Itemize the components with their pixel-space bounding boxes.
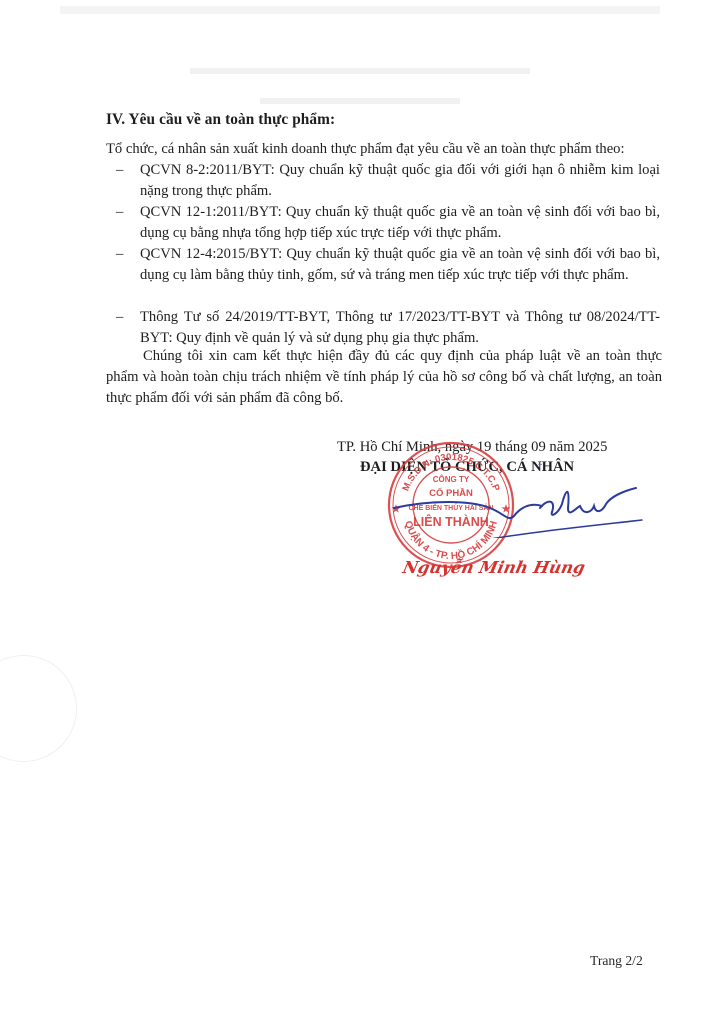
requirement-item: – QCVN 12-4:2015/BYT: Quy chuẩn kỹ thuật… xyxy=(140,244,660,286)
page-number: Trang 2/2 xyxy=(590,953,643,969)
bullet-dash: – xyxy=(116,244,123,265)
bleed-through-stamp xyxy=(0,655,77,762)
requirement-text: QCVN 8-2:2011/BYT: Quy chuẩn kỹ thuật qu… xyxy=(140,162,660,199)
commitment-paragraph: Chúng tôi xin cam kết thực hiện đầy đủ c… xyxy=(106,346,662,410)
initials-mark: ~ xyxy=(538,460,542,469)
section-heading: IV. Yêu cầu về an toàn thực phẩm: xyxy=(106,111,335,129)
signer-name: Nguyễn Minh Hùng xyxy=(401,558,587,577)
bullet-dash: – xyxy=(116,307,123,328)
bullet-dash: – xyxy=(116,202,123,223)
requirement-item: – Thông Tư số 24/2019/TT-BYT, Thông tư 1… xyxy=(140,307,660,349)
bleed-through-mark xyxy=(60,6,660,14)
requirement-item: – QCVN 8-2:2011/BYT: Quy chuẩn kỹ thuật … xyxy=(140,160,660,202)
bleed-through-mark xyxy=(260,98,460,104)
requirement-text: QCVN 12-1:2011/BYT: Quy chuẩn kỹ thuật q… xyxy=(140,204,660,241)
requirement-text: Thông Tư số 24/2019/TT-BYT, Thông tư 17/… xyxy=(140,309,660,346)
signature xyxy=(380,478,670,538)
bullet-dash: – xyxy=(116,160,123,181)
requirement-text: QCVN 12-4:2015/BYT: Quy chuẩn kỹ thuật q… xyxy=(140,246,660,283)
requirement-item: – QCVN 12-1:2011/BYT: Quy chuẩn kỹ thuật… xyxy=(140,202,660,244)
bleed-through-mark xyxy=(190,68,530,74)
intro-paragraph: Tổ chức, cá nhân sản xuất kinh doanh thự… xyxy=(106,139,666,160)
